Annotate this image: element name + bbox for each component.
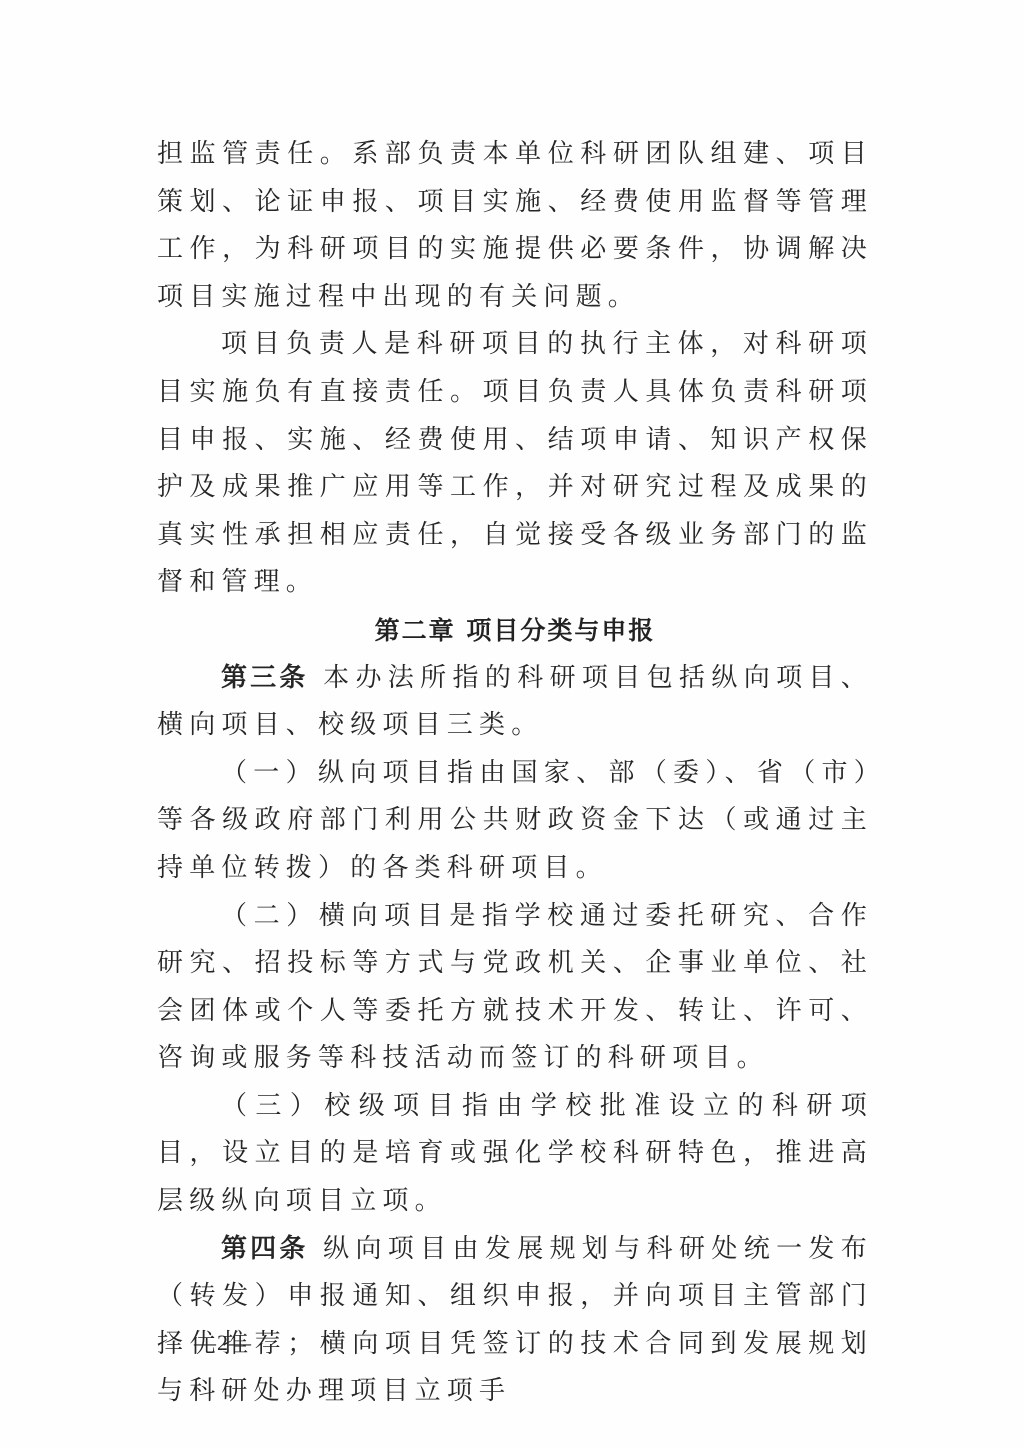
document-body: 担监管责任。系部负责本单位科研团队组建、项目策划、论证申报、项目实施、经费使用监… (157, 131, 873, 1416)
chapter-heading: 第二章 项目分类与申报 (157, 607, 873, 655)
paragraph-project-leader: 项目负责人是科研项目的执行主体，对科研项目实施负有直接责任。项目负责人具体负责科… (157, 321, 873, 607)
article-4: 第四条 纵向项目由发展规划与科研处统一发布（转发）申报通知、组织申报，并向项目主… (157, 1226, 873, 1416)
article-3-label: 第三条 (221, 663, 308, 693)
item-vertical-projects: （一）纵向项目指由国家、部（委）、省（市）等各级政府部门利用公共财政资金下达（或… (157, 750, 873, 893)
article-4-label: 第四条 (221, 1234, 308, 1264)
document-page: 担监管责任。系部负责本单位科研团队组建、项目策划、论证申报、项目实施、经费使用监… (0, 0, 1024, 1448)
item-school-projects: （三）校级项目指由学校批准设立的科研项目，设立目的是培育或强化学校科研特色，推进… (157, 1083, 873, 1226)
article-3: 第三条 本办法所指的科研项目包括纵向项目、横向项目、校级项目三类。 (157, 655, 873, 750)
paragraph-continuation: 担监管责任。系部负责本单位科研团队组建、项目策划、论证申报、项目实施、经费使用监… (157, 131, 873, 321)
item-horizontal-projects: （二）横向项目是指学校通过委托研究、合作研究、招投标等方式与党政机关、企事业单位… (157, 893, 873, 1083)
page-number: —2— (194, 1330, 252, 1356)
